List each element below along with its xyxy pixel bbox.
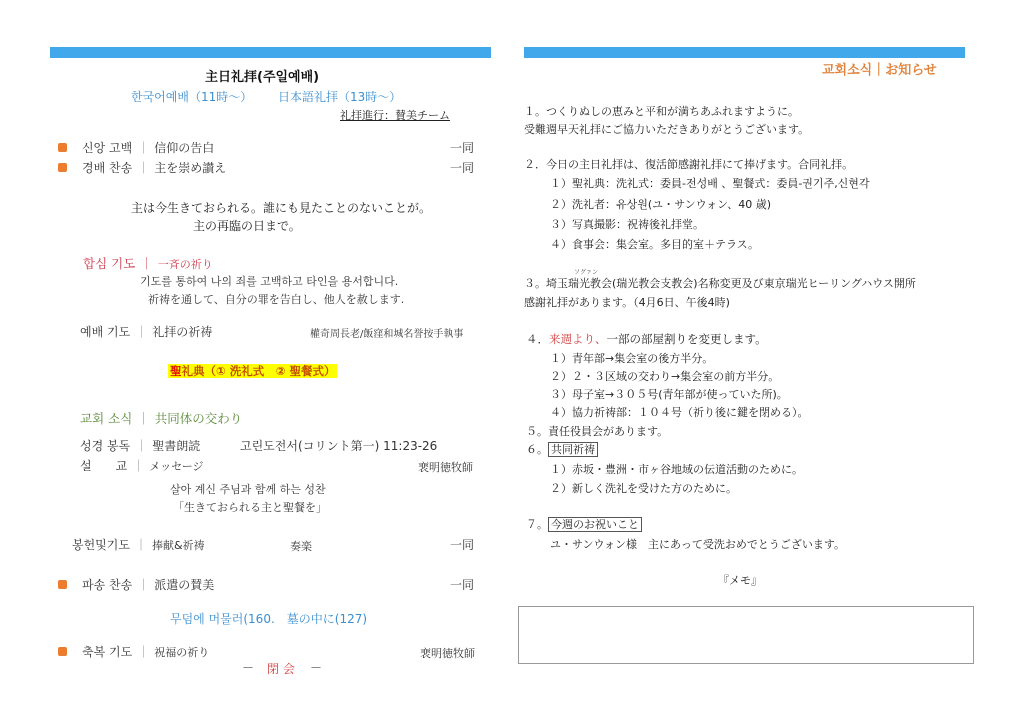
- divider: ｜: [137, 161, 149, 175]
- notice-number: ４．: [526, 332, 549, 346]
- japanese-service-time: 日本語礼拝（13時～）: [278, 88, 401, 105]
- divider: ｜: [132, 459, 144, 473]
- item-ja-label: 捧献&祈祷: [152, 539, 205, 552]
- worship-prayer: 예배 기도｜礼拝の祈祷: [80, 323, 212, 340]
- notice-4-emphasis: 来週より、: [549, 332, 607, 346]
- notice-2-sub-3: ３）写真撮影：祝祷後礼拝堂。: [550, 216, 704, 232]
- news-header: 교회소식｜お知らせ: [822, 59, 937, 78]
- item-ja-label: 礼拝の祈祷: [152, 325, 212, 339]
- item-ko-label: 축복 기도: [82, 645, 132, 659]
- heading-ko: 교회 소식: [80, 411, 132, 426]
- sacrament-banner: 聖礼典（① 洗礼式 ② 聖餐式）: [168, 360, 337, 379]
- memo-label: 『メモ』: [718, 572, 762, 588]
- item-ja-label: 祝福の祈り: [154, 646, 209, 659]
- verse-line-1: 主は今生きておられる。誰にも見たことのないことが。: [131, 199, 431, 216]
- divider: ｜: [137, 411, 150, 426]
- bullet-icon: [58, 163, 67, 172]
- notice-5-line: ５。責任役員会があります。: [526, 423, 668, 439]
- sending-hymn: 파송 찬송｜派遣の賛美: [82, 576, 214, 593]
- verse-line-2: 主の再臨の日まで。: [193, 217, 301, 234]
- item-who: 一同: [450, 139, 474, 156]
- sacrament-rest: 礼典（① 洗礼式 ② 聖餐式）: [182, 364, 336, 378]
- notice-7-message: ユ・サンウォン様 主にあって受洗おめでとうございます。: [550, 536, 845, 552]
- sacrament-first-char: 聖: [170, 364, 182, 378]
- worship-prayer-who: 權奇周長老/飯窪和城名誉按手執事: [310, 325, 463, 340]
- notice-3-line-1: ３。埼玉瑞光教会(瑞光教会支教会)名称変更及び東京瑞光ヒーリングハウス開所: [524, 275, 916, 291]
- closing-dash-left: －: [242, 659, 254, 676]
- sending-who: 一同: [450, 576, 474, 593]
- sermon-title-ja: 「生きておられる主と聖餐を」: [173, 499, 327, 515]
- notice-4-sub-3: ３）母子室→３０５号(青年部が使っていた所)。: [550, 386, 788, 402]
- page-title: 主日礼拝(주일예배): [205, 66, 319, 85]
- divider: ｜: [135, 325, 147, 339]
- memo-box: [518, 606, 974, 664]
- bullet-icon: [58, 580, 67, 589]
- notice-3-line-2: 感謝礼拝があります。（4月6日、午後4時): [524, 294, 730, 310]
- notice-2-line: ２．今日の主日礼拝は、復活節感謝礼拝にて捧げます。合同礼拝。: [524, 156, 853, 172]
- item-who: 一同: [450, 159, 474, 176]
- right-header-band: [524, 47, 965, 58]
- divider: ｜: [137, 645, 149, 659]
- item-ko-label: 성경 봉독: [80, 439, 130, 453]
- divider: ｜: [135, 538, 147, 552]
- divider: ｜: [140, 256, 153, 271]
- order-item-confession: 신앙 고백｜信仰の告白: [82, 139, 214, 156]
- worship-leader: 礼拝進行：賛美チーム: [340, 107, 450, 123]
- notice-6-sub-2: ２）新しく洗礼を受けた方のために。: [550, 480, 737, 496]
- heading-ko: 합심 기도: [83, 256, 135, 271]
- divider: ｜: [137, 141, 149, 155]
- item-ko-label: 파송 찬송: [82, 578, 132, 592]
- item-ko-label: 설 교: [80, 459, 127, 473]
- notice-7-boxed-title: 今週のお祝いこと: [548, 517, 642, 532]
- closing-label: 閉 会: [267, 660, 295, 677]
- item-ja-label: 主を崇め讃え: [154, 161, 226, 175]
- divider: ｜: [135, 439, 147, 453]
- notice-2-sub-2: ２）洗礼者：유상원(ユ・サンウォン、40 歳): [550, 196, 771, 212]
- notice-2-sub-1: １）聖礼典：洗礼式：委員-전성배 、聖餐式：委員-권기주,신현각: [550, 175, 870, 191]
- notice-4-sub-2: ２）２・３区域の交わり→集会室の前方半分。: [550, 368, 779, 384]
- left-header-band: [50, 47, 491, 58]
- closing-dash-right: －: [310, 659, 322, 676]
- notice-2-sub-4: ４）食事会：集会室。多目的室＋テラス。: [550, 236, 759, 252]
- scripture-reading: 성경 봉독｜聖書朗読: [80, 437, 200, 454]
- item-ja-label: 信仰の告白: [154, 141, 214, 155]
- offering-who: 一同: [450, 536, 474, 553]
- benediction-who: 裵明徳牧師: [420, 645, 475, 661]
- notice-7-line: ７。今週のお祝いこと: [526, 516, 642, 532]
- unison-prayer-line-2: 祈祷を通して、自分の罪を告白し、他人を赦します.: [148, 291, 404, 307]
- notice-4-sub-1: １）青年部→集会室の後方半分。: [550, 350, 713, 366]
- benediction: 축복 기도｜祝福の祈り: [82, 643, 209, 660]
- sermon-who: 裵明徳牧師: [418, 459, 473, 475]
- notice-4-sub-4: ４）協力祈祷部：１０４号（祈り後に鍵を閉める）。: [550, 404, 809, 420]
- item-ko-label: 봉헌및기도: [72, 538, 130, 552]
- notice-4-line: ４．来週より、一部の部屋割りを変更します。: [526, 331, 767, 347]
- offering-prayer: 봉헌및기도｜捧献&祈祷: [72, 536, 205, 553]
- bullet-icon: [58, 647, 67, 656]
- item-ja-label: メッセージ: [149, 460, 203, 473]
- item-ja-label: 派遣の賛美: [154, 578, 214, 592]
- order-item-praise: 경배 찬송｜主を崇め讃え: [82, 159, 226, 176]
- notice-6-sub-1: １）赤坂・豊洲・市ヶ谷地域の伝道活動のために。: [550, 461, 803, 477]
- notice-4-rest: 一部の部屋割りを変更します。: [607, 332, 767, 346]
- hymn-title: 무덤에 머물러(160. 墓の中に(127): [170, 610, 367, 627]
- notice-number: ７。: [526, 518, 548, 531]
- church-news-heading: 교회 소식｜共同体の交わり: [80, 409, 242, 427]
- unison-prayer-heading: 합심 기도｜一斉の祈り: [83, 254, 213, 272]
- item-ko-label: 신앙 고백: [82, 141, 132, 155]
- notice-6-line: ６。共同祈祷: [526, 441, 598, 457]
- notice-1-line-2: 受難週早天礼拝にご協力いただきありがとうございます。: [524, 121, 809, 137]
- item-ko-label: 경배 찬송: [82, 161, 132, 175]
- notice-number: ６。: [526, 443, 548, 456]
- divider: ｜: [137, 578, 149, 592]
- notice-6-boxed-title: 共同祈祷: [548, 442, 598, 457]
- unison-prayer-line-1: 기도를 통하여 나의 죄를 고백하고 타인을 용서합니다.: [140, 273, 398, 289]
- item-ko-label: 예배 기도: [80, 325, 130, 339]
- item-ja-label: 聖書朗読: [152, 439, 200, 453]
- korean-service-time: 한국어예배（11時～）: [131, 88, 252, 105]
- heading-ja: 共同体の交わり: [155, 411, 243, 426]
- scripture-reference: 고린도전서(コリント第一) 11:23-26: [240, 437, 437, 454]
- bullet-icon: [58, 143, 67, 152]
- offering-middle: 奏楽: [290, 538, 312, 554]
- notice-1-line-1: １。つくりぬしの恵みと平和が満ちあふれますように。: [524, 103, 799, 119]
- sermon: 설 교｜メッセージ: [80, 457, 204, 474]
- heading-ja: 一斉の祈り: [158, 258, 213, 271]
- sermon-title-ko: 살아 계신 주님과 함께 하는 성찬: [170, 481, 326, 497]
